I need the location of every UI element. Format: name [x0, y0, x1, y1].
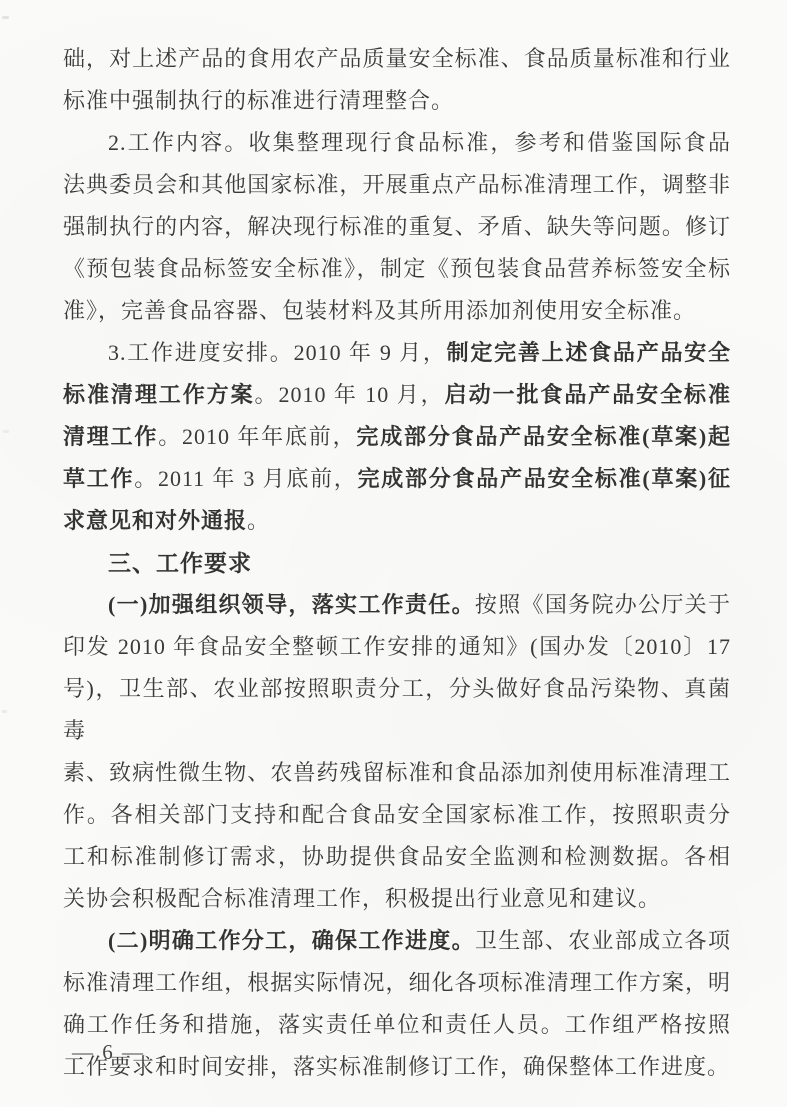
body-text: 号)，卫生部、农业部按照职责分工，分头做好食品污染物、真菌毒: [63, 676, 731, 743]
text-line: (二)明确工作分工，确保工作进度。卫生部、农业部成立各项: [63, 920, 731, 962]
text-line: 础，对上述产品的食用农产品质量安全标准、食品质量标准和行业: [63, 38, 731, 80]
emphasis-text: 清理工作: [63, 424, 158, 449]
text-line: 法典委员会和其他国家标准，开展重点产品标准清理工作，调整非: [63, 164, 731, 206]
text-line: 素、致病性微生物、农兽药残留标准和食品添加剂使用标准清理工: [63, 752, 731, 794]
text-line: 《预包装食品标签安全标准》，制定《预包装食品营养标签安全标: [63, 248, 731, 290]
text-line: 草工作。2011 年 3 月底前，完成部分食品产品安全标准(草案)征: [63, 458, 731, 500]
emphasis-text: 完成部分食品产品安全标准(草案)起: [356, 424, 731, 449]
text-line: 标准清理工作方案。2010 年 10 月，启动一批食品产品安全标准: [63, 374, 731, 416]
emphasis-text: 制定完善上述食品产品安全: [447, 340, 731, 365]
body-text: 准》，完善食品容器、包装材料及其所用添加剂使用安全标准。: [63, 298, 696, 323]
section-heading: 三、工作要求: [63, 542, 731, 584]
emphasis-text: 完成部分食品产品安全标准(草案)征: [358, 466, 731, 491]
page-number: — 6 —: [72, 1040, 145, 1064]
page-footer: — 6 —: [72, 1040, 145, 1065]
scanned-document-page: 础，对上述产品的食用农产品质量安全标准、食品质量标准和行业标准中强制执行的标准进…: [0, 0, 787, 1107]
emphasis-text: 草工作: [63, 466, 134, 491]
text-line: 标准清理工作组，根据实际情况，细化各项标准清理工作方案，明: [63, 962, 731, 1004]
text-line: 求意见和对外通报。: [63, 500, 731, 542]
body-text: 确工作任务和措施，落实责任单位和责任人员。工作组严格按照: [63, 1012, 731, 1037]
text-line: 关协会积极配合标准清理工作，积极提出行业意见和建议。: [63, 878, 731, 920]
body-text: 素、致病性微生物、农兽药残留标准和食品添加剂使用标准清理工: [63, 760, 731, 785]
emphasis-text: 标准清理工作方案: [63, 382, 255, 407]
body-text: 。: [247, 508, 270, 533]
body-text: 2.工作内容。收集整理现行食品标准，参考和借鉴国际食品: [108, 130, 731, 155]
body-text: 印发 2010 年食品安全整顿工作安排的通知》(国办发〔2010〕17: [63, 634, 731, 659]
text-line: 3.工作进度安排。2010 年 9 月，制定完善上述食品产品安全: [63, 332, 731, 374]
emphasis-text: (二)明确工作分工，确保工作进度。: [108, 928, 475, 953]
text-line: (一)加强组织领导，落实工作责任。按照《国务院办公厅关于: [63, 584, 731, 626]
body-text: 标准中强制执行的标准进行清理整合。: [63, 88, 454, 113]
body-text: 《预包装食品标签安全标准》，制定《预包装食品营养标签安全标: [63, 256, 731, 281]
text-line: 标准中强制执行的标准进行清理整合。: [63, 80, 731, 122]
text-line: 工作要求和时间安排，落实标准制修订工作，确保整体工作进度。: [63, 1046, 731, 1088]
text-line: 印发 2010 年食品安全整顿工作安排的通知》(国办发〔2010〕17: [63, 626, 731, 668]
emphasis-text: 三、工作要求: [108, 550, 252, 576]
text-line: 作。各相关部门支持和配合食品安全国家标准工作，按照职责分: [63, 794, 731, 836]
body-text: 卫生部、农业部成立各项: [475, 928, 731, 953]
emphasis-text: 求意见和对外通报: [63, 508, 247, 533]
body-text: 标准清理工作组，根据实际情况，细化各项标准清理工作方案，明: [63, 970, 731, 995]
body-text: 工和标准制修订需求，协助提供食品安全监测和检测数据。各相: [63, 844, 731, 869]
text-line: 2.工作内容。收集整理现行食品标准，参考和借鉴国际食品: [63, 122, 731, 164]
text-line: 准》，完善食品容器、包装材料及其所用添加剂使用安全标准。: [63, 290, 731, 332]
text-line: 工和标准制修订需求，协助提供食品安全监测和检测数据。各相: [63, 836, 731, 878]
body-text: 础，对上述产品的食用农产品质量安全标准、食品质量标准和行业: [63, 46, 731, 71]
text-line: 确工作任务和措施，落实责任单位和责任人员。工作组严格按照: [63, 1004, 731, 1046]
text-line: 强制执行的内容，解决现行标准的重复、矛盾、缺失等问题。修订: [63, 206, 731, 248]
body-text: 3.工作进度安排。2010 年 9 月，: [108, 340, 447, 365]
scan-speckle: [2, 710, 7, 713]
body-text: 法典委员会和其他国家标准，开展重点产品标准清理工作，调整非: [63, 172, 731, 197]
text-line: 清理工作。2010 年年底前，完成部分食品产品安全标准(草案)起: [63, 416, 731, 458]
body-text: 。2010 年 10 月，: [255, 382, 445, 407]
body-text: 按照《国务院办公厅关于: [475, 592, 731, 617]
text-line: 号)，卫生部、农业部按照职责分工，分头做好食品污染物、真菌毒: [63, 668, 731, 752]
document-body: 础，对上述产品的食用农产品质量安全标准、食品质量标准和行业标准中强制执行的标准进…: [63, 38, 731, 1088]
body-text: 强制执行的内容，解决现行标准的重复、矛盾、缺失等问题。修订: [63, 214, 731, 239]
body-text: 。2011 年 3 月底前，: [134, 466, 357, 491]
emphasis-text: 启动一批食品产品安全标准: [445, 382, 731, 407]
body-text: 关协会积极配合标准清理工作，积极提出行业意见和建议。: [63, 886, 661, 911]
emphasis-text: (一)加强组织领导，落实工作责任。: [108, 592, 475, 617]
body-text: 。2010 年年底前，: [158, 424, 356, 449]
scan-speckle: [3, 430, 9, 433]
scan-speckle: [2, 16, 9, 19]
body-text: 工作要求和时间安排，落实标准制修订工作，确保整体工作进度。: [63, 1054, 730, 1079]
body-text: 作。各相关部门支持和配合食品安全国家标准工作，按照职责分: [63, 802, 731, 827]
